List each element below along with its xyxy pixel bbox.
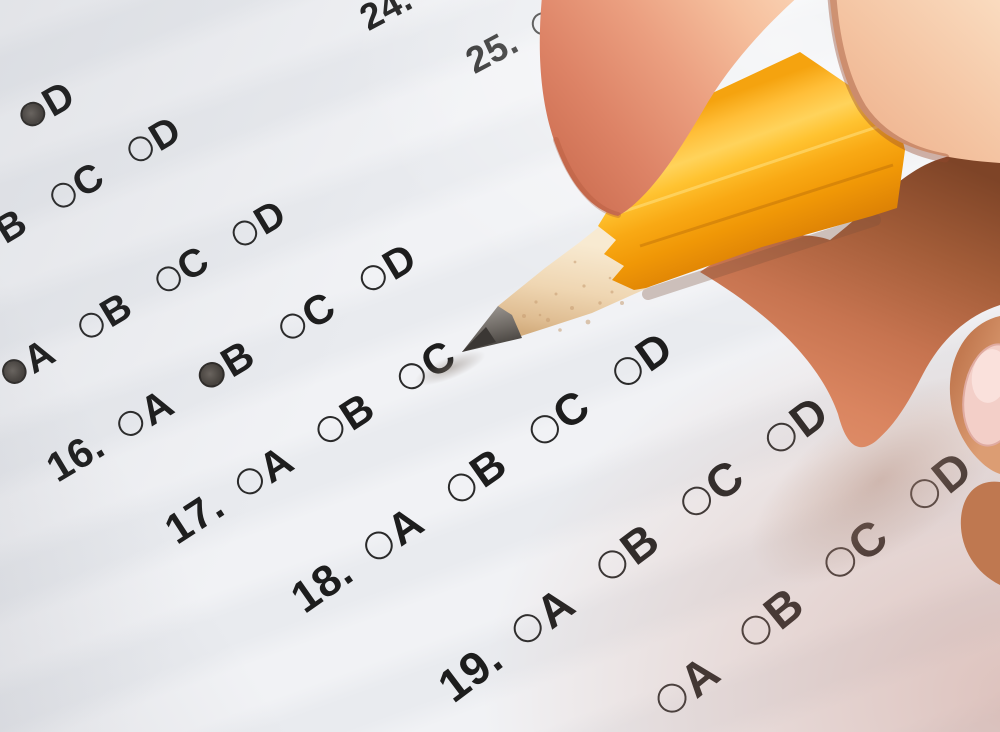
answer-sheet-photo: DBCDABCD16.ABCD17.ABC18.ABCD19.ABCDABCD2…: [0, 0, 1000, 732]
hand-and-pencil: [0, 0, 1000, 732]
pencil-tip-shadow: [411, 344, 490, 393]
